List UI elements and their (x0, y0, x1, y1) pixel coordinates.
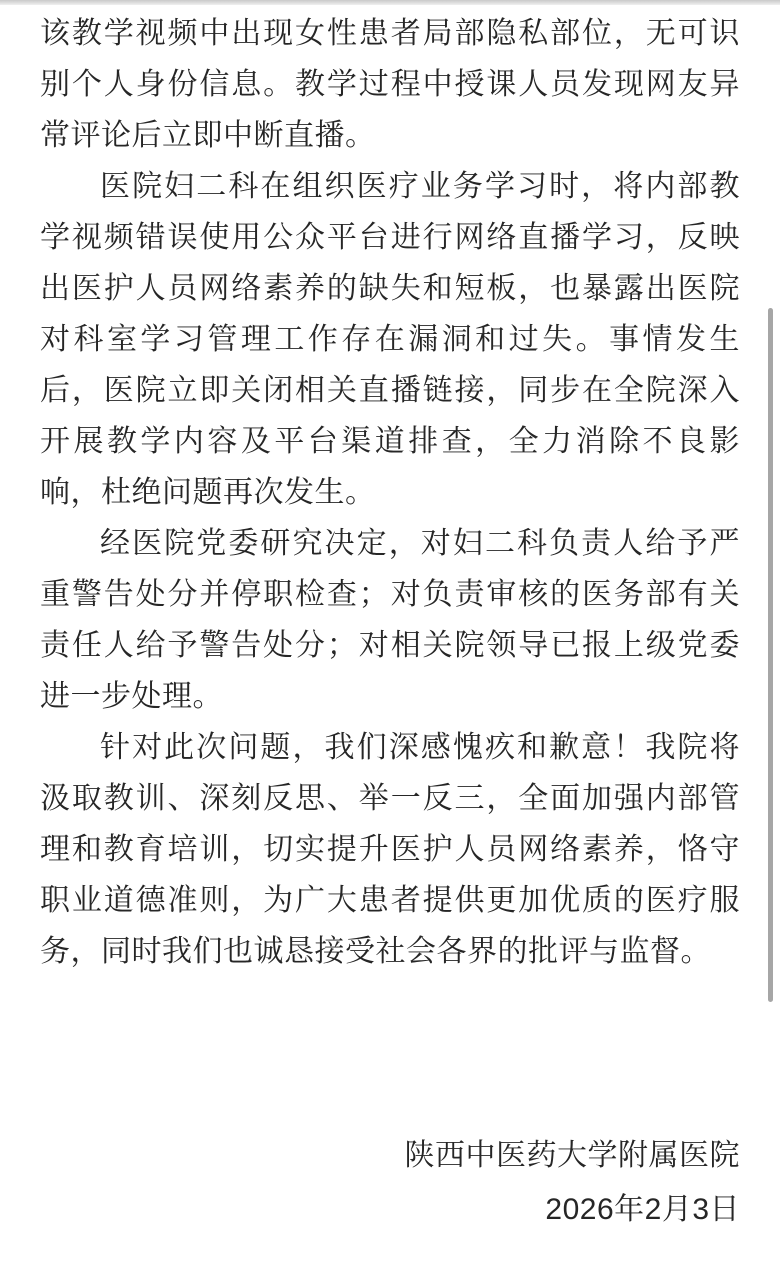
top-edge-divider (0, 0, 780, 5)
paragraph-continuation: 该教学视频中出现女性患者局部隐私部位，无可识别个人身份信息。教学过程中授课人员发… (40, 8, 740, 161)
signature-block: 陕西中医药大学附属医院 2026年2月3日 (40, 1129, 740, 1237)
statement-document: 该教学视频中出现女性患者局部隐私部位，无可识别个人身份信息。教学过程中授课人员发… (40, 8, 740, 1237)
paragraph-disciplinary-actions: 经医院党委研究决定，对妇二科负责人给予严重警告处分并停职检查；对负责审核的医务部… (40, 518, 740, 722)
scrollbar-thumb[interactable] (768, 308, 773, 1002)
signature-hospital-name: 陕西中医药大学附属医院 (40, 1129, 740, 1183)
paragraph-incident-cause: 医院妇二科在组织医疗业务学习时，将内部教学视频错误使用公众平台进行网络直播学习，… (40, 161, 740, 518)
signature-date: 2026年2月3日 (40, 1183, 740, 1237)
paragraph-apology: 针对此次问题，我们深感愧疚和歉意！我院将汲取教训、深刻反思、举一反三，全面加强内… (40, 722, 740, 977)
